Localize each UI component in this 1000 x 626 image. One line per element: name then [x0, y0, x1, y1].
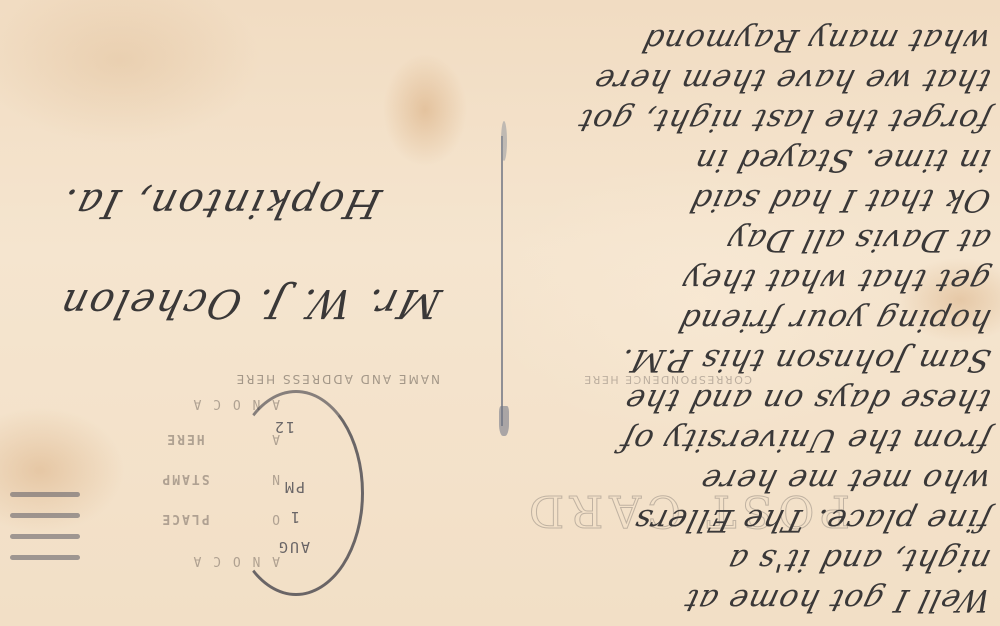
- stamp-place-text: PLACE: [135, 511, 235, 526]
- message-line: Well I got home at: [680, 582, 994, 618]
- cancel-bar: [10, 513, 80, 518]
- message-line: these days on and the: [621, 382, 995, 418]
- divider-ink-blot: [501, 121, 507, 161]
- postmark-time: PM: [283, 478, 305, 496]
- message-line: Ok that I had said: [686, 182, 995, 218]
- stamp-border-bottom: A N O C A: [90, 396, 280, 411]
- cancel-bar: [10, 555, 80, 560]
- postcard-back: POST CARD CORRESPONDENCE HERE NAME AND A…: [0, 0, 1000, 626]
- message-line: fine place. The Ellers: [630, 502, 995, 538]
- postmark-year: 12: [273, 418, 295, 436]
- message-line: get that what they: [678, 262, 994, 298]
- message-line: from the University of: [616, 422, 994, 458]
- message-line: in time. Stayed in: [690, 142, 994, 178]
- message-line: forget the last night, got: [574, 102, 995, 138]
- cancellation-bars: [10, 446, 80, 576]
- address-label: NAME AND ADDRESS HERE: [235, 372, 440, 386]
- stamp-stamp-text: STAMP: [135, 471, 235, 486]
- message-line: what many Raymond: [638, 22, 994, 58]
- message-line: at Davis all Day: [723, 222, 994, 258]
- message-line: hoping your friend: [674, 302, 994, 338]
- postcard-upright-layer: POST CARD CORRESPONDENCE HERE NAME AND A…: [0, 0, 1000, 626]
- address-line-1: Mr. W. J. Ochelon: [54, 280, 446, 326]
- cancel-bar: [10, 534, 80, 539]
- postmark-day: 1: [289, 508, 300, 526]
- postmark-month: AUG: [277, 538, 310, 556]
- stamp-here-text: HERE: [135, 431, 235, 446]
- message-line: that we have them here: [590, 62, 995, 98]
- cancel-bar: [10, 492, 80, 497]
- message-line: Sam Johnson this P.M.: [616, 342, 994, 378]
- message-line: night, and it's a: [723, 542, 994, 578]
- address-line-2: Hopkinton, Ia.: [55, 180, 386, 226]
- center-divider-line: [501, 136, 503, 426]
- message-line: who met me here: [696, 462, 994, 498]
